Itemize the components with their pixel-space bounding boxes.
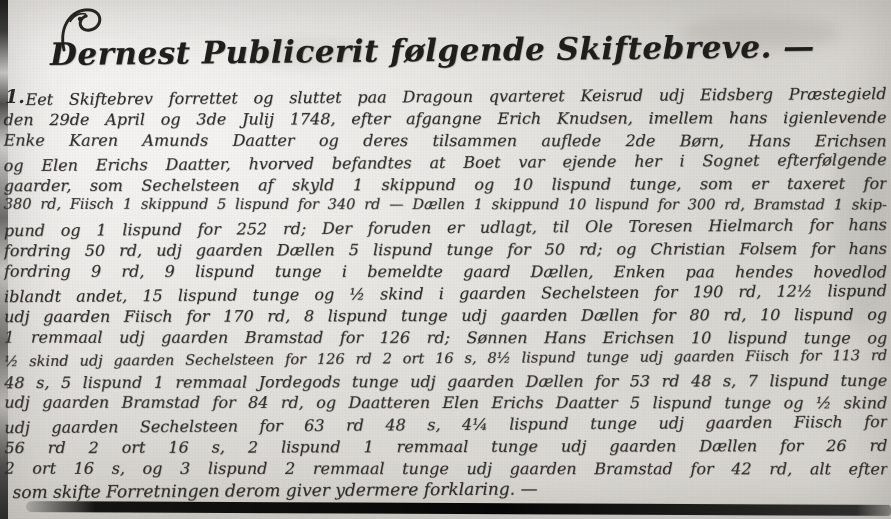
manuscript-line: 48 s, 5 lispund 1 remmaal Jordegods tung… [4,369,887,393]
manuscript-line: fordring 50 rd, udj gaarden Dællen 5 lis… [4,238,887,262]
manuscript-line: 56 rd 2 ort 16 s, 2 lispund 1 remmaal tu… [4,435,887,459]
manuscript-line: udj gaarden Fiisch for 170 rd, 8 lispund… [4,304,887,328]
entry-number: 1. [5,86,25,108]
manuscript-line: den 29de April og 3de Julij 1748, efter … [4,107,887,131]
document-heading: Dernest Publicerit følgende Skiftebreve.… [50,32,815,71]
manuscript-line: Enke Karen Amunds Daatter og deres tilsa… [4,129,887,152]
manuscript-line: 1 remmaal udj gaarden Bramstad for 126 r… [4,326,887,349]
page-bottom-edge [26,501,891,516]
manuscript-page: Dernest Publicerit følgende Skiftebreve.… [0,0,891,519]
manuscript-body: Eet Skiftebrev forrettet og sluttet paa … [25,85,887,503]
